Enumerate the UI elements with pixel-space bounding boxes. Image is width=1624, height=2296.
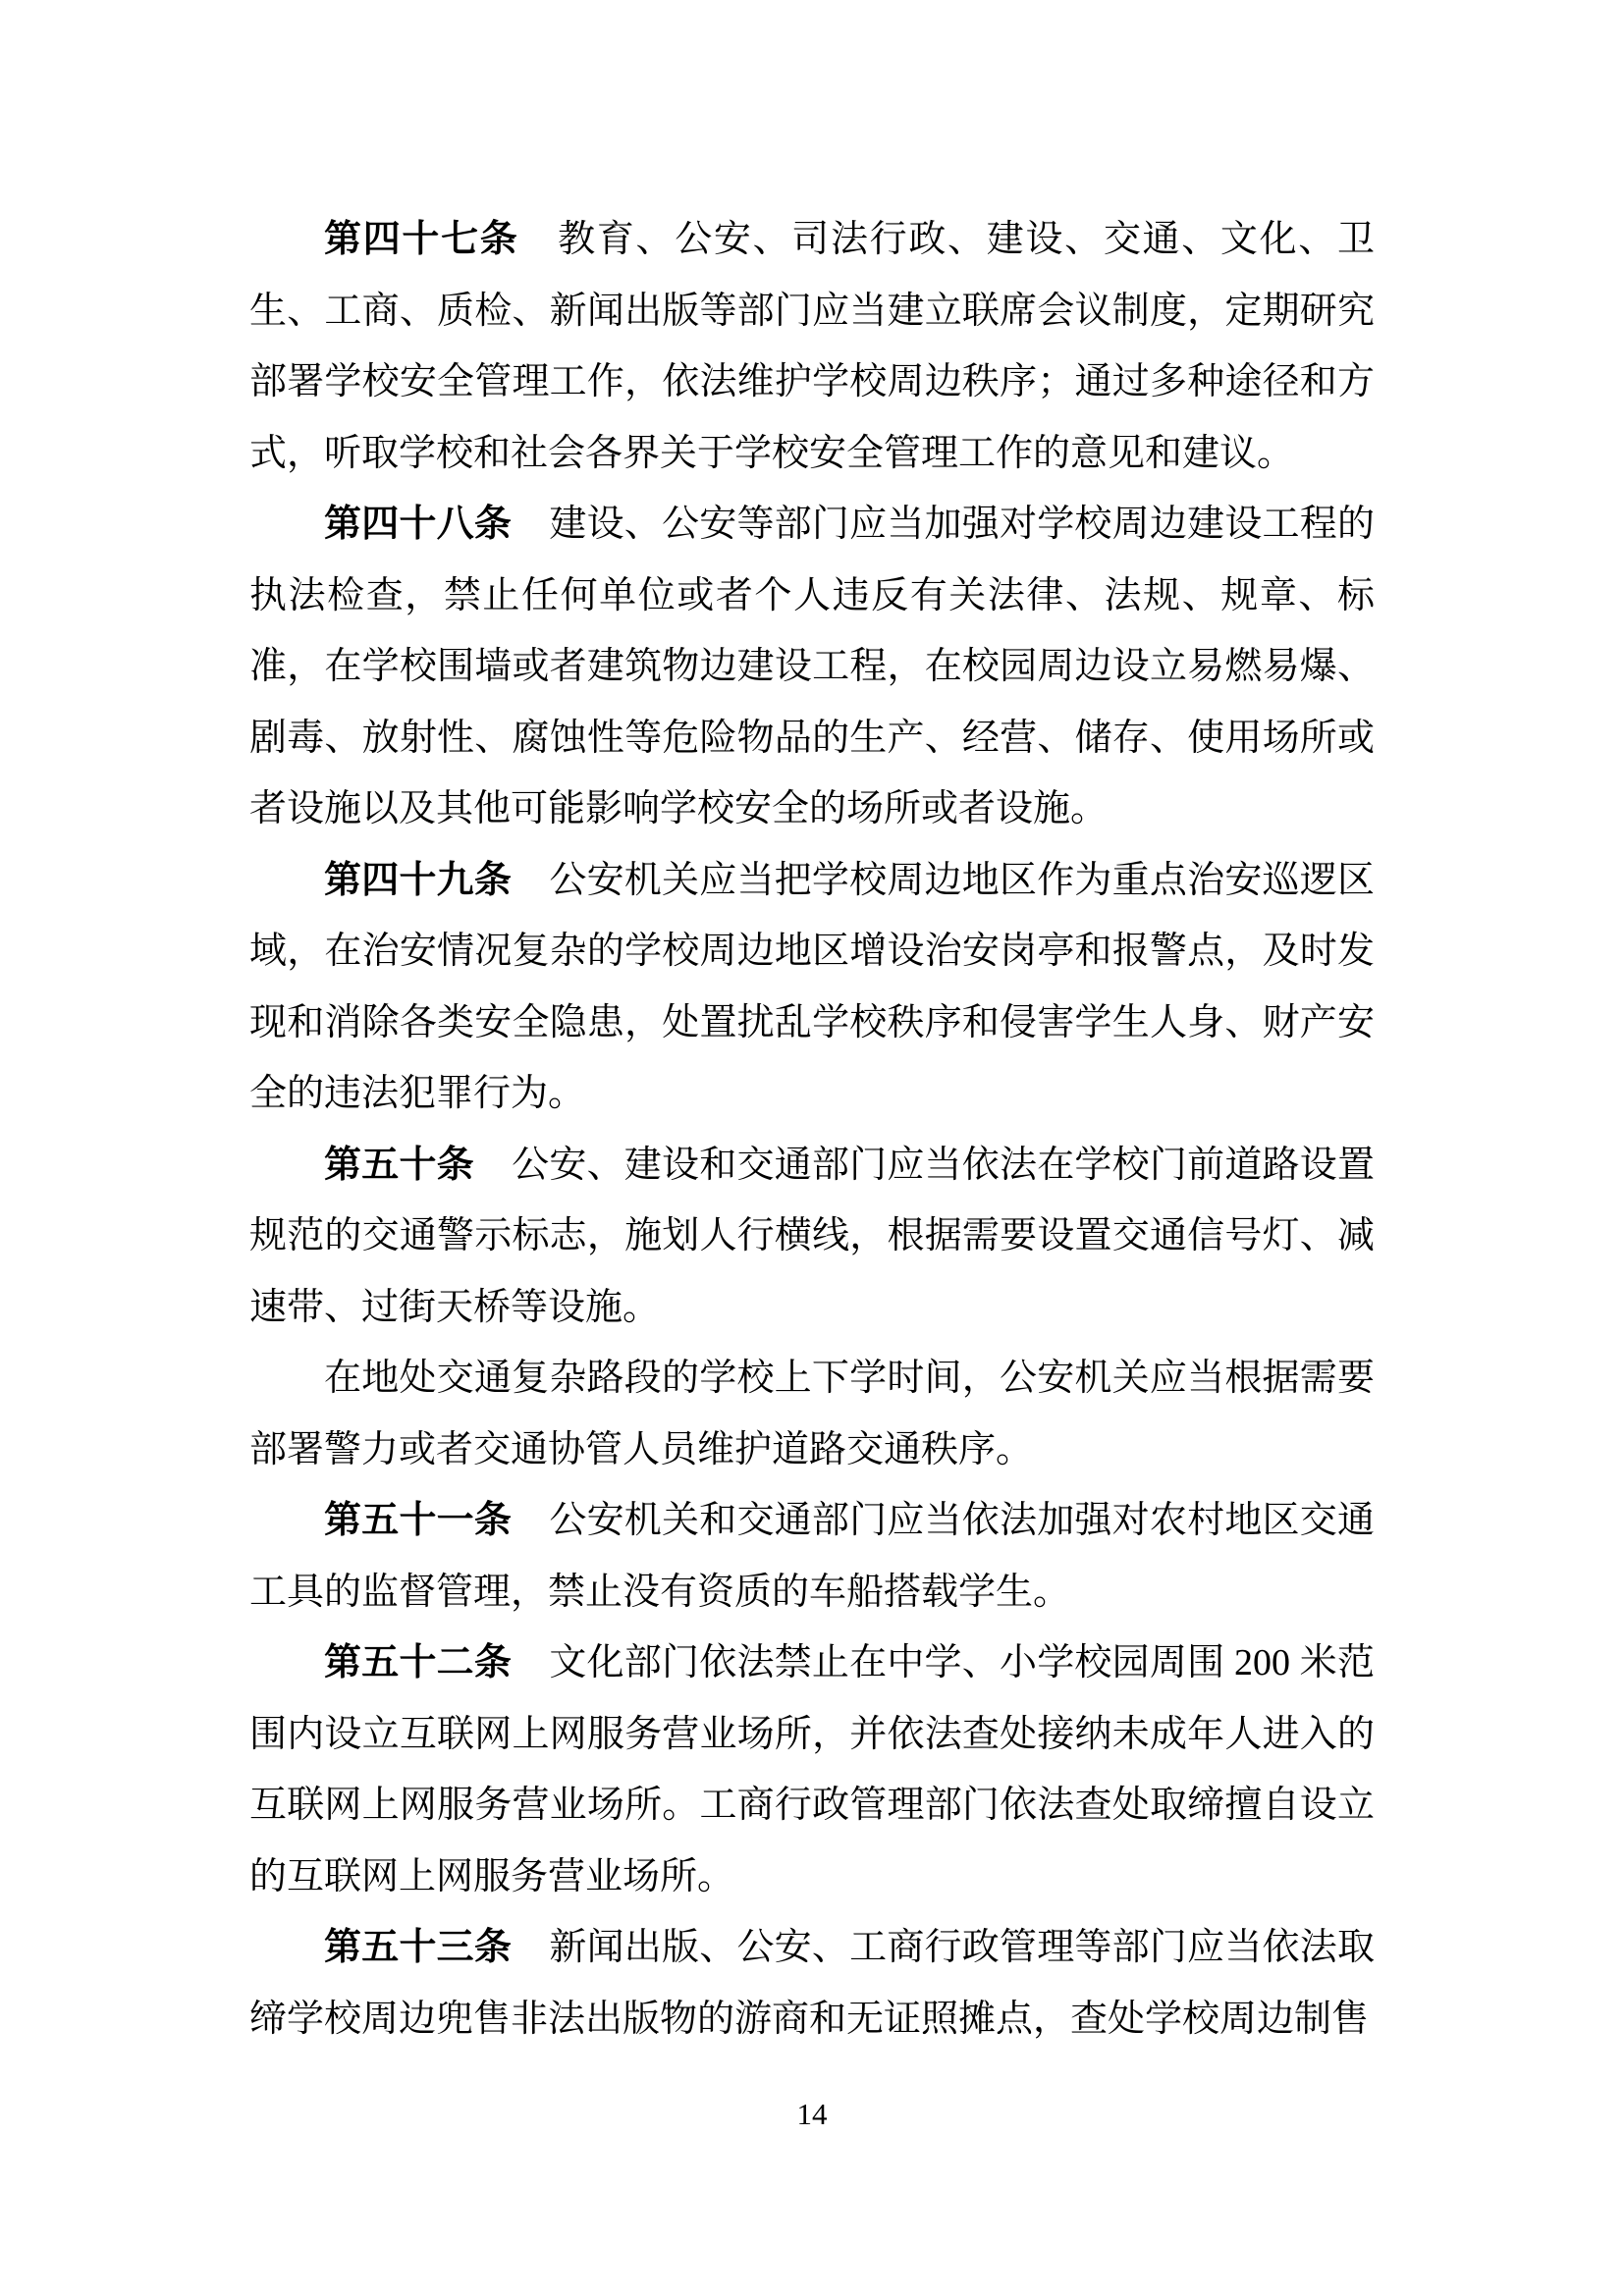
- article-number: 第五十二条: [324, 1642, 512, 1683]
- article-number: 第四十七条: [324, 219, 518, 260]
- article-number: 第四十九条: [324, 860, 512, 901]
- document-body: 第四十七条 教育、公安、司法行政、建设、交通、文化、卫生、工商、质检、新闻出版等…: [249, 204, 1375, 2055]
- document-page: 第四十七条 教育、公安、司法行政、建设、交通、文化、卫生、工商、质检、新闻出版等…: [0, 0, 1624, 2296]
- article-paragraph: 第五十三条 新闻出版、公安、工商行政管理等部门应当依法取缔学校周边兜售非法出版物…: [249, 1912, 1375, 2055]
- article-number: 第五十一条: [324, 1500, 512, 1541]
- body-paragraph: 在地处交通复杂路段的学校上下学时间，公安机关应当根据需要部署警力或者交通协管人员…: [249, 1343, 1375, 1485]
- article-number: 第五十条: [324, 1145, 474, 1186]
- article-paragraph: 第四十九条 公安机关应当把学校周边地区作为重点治安巡逻区域，在治安情况复杂的学校…: [249, 845, 1375, 1130]
- article-number: 第五十三条: [324, 1927, 512, 1968]
- article-text: 建设、公安等部门应当加强对学校周边建设工程的执法检查，禁止任何单位或者个人违反有…: [249, 504, 1375, 829]
- article-number: 第四十八条: [324, 504, 512, 545]
- article-paragraph: 第四十七条 教育、公安、司法行政、建设、交通、文化、卫生、工商、质检、新闻出版等…: [249, 204, 1375, 489]
- page-number: 14: [797, 2097, 828, 2131]
- article-text: 在地处交通复杂路段的学校上下学时间，公安机关应当根据需要部署警力或者交通协管人员…: [249, 1358, 1375, 1470]
- page-footer: 14: [0, 2097, 1624, 2132]
- article-paragraph: 第四十八条 建设、公安等部门应当加强对学校周边建设工程的执法检查，禁止任何单位或…: [249, 489, 1375, 845]
- article-paragraph: 第五十条 公安、建设和交通部门应当依法在学校门前道路设置规范的交通警示标志，施划…: [249, 1130, 1375, 1344]
- article-paragraph: 第五十一条 公安机关和交通部门应当依法加强对农村地区交通工具的监督管理，禁止没有…: [249, 1485, 1375, 1628]
- article-paragraph: 第五十二条 文化部门依法禁止在中学、小学校园周围 200 米范围内设立互联网上网…: [249, 1628, 1375, 1912]
